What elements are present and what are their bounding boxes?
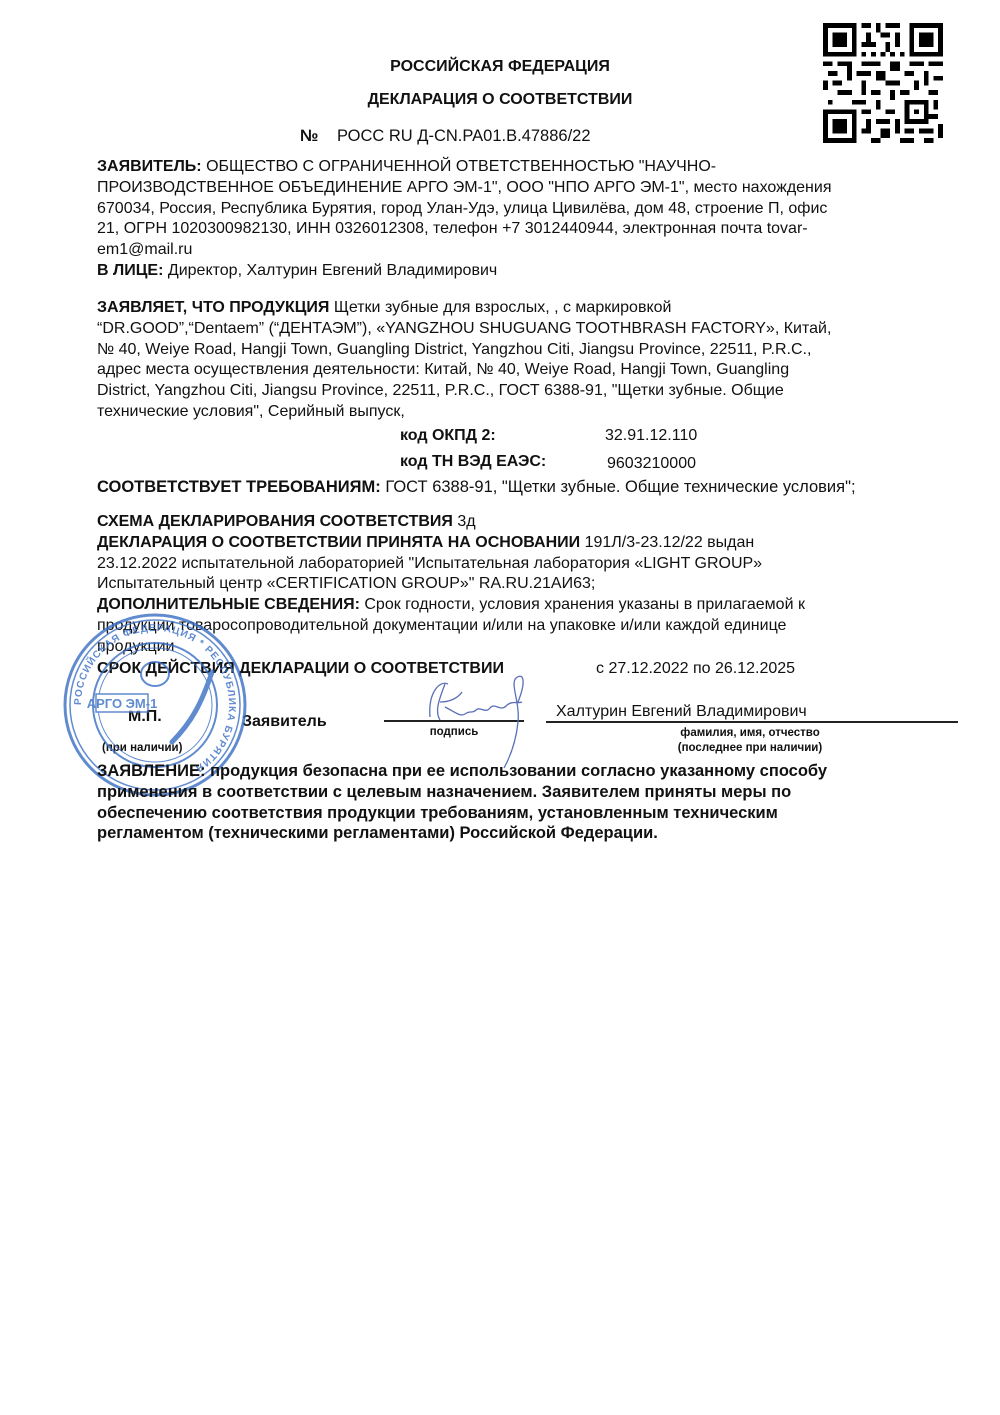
number-symbol: №	[300, 127, 318, 145]
applicant-sign-label: Заявитель	[242, 712, 327, 733]
name-caption-note: (последнее при наличии)	[600, 742, 900, 754]
statement-section: ЗАЯВЛЕНИЕ: продукция безопасна при ее ис…	[97, 761, 967, 844]
statement-line: обеспечению соответствия продукции требо…	[97, 803, 967, 824]
statement-label: ЗАЯВЛЕНИЕ:	[97, 762, 205, 780]
number-value: РОСС RU Д-CN.PA01.B.47886/22	[337, 127, 591, 145]
applicant-line: 670034, Россия, Республика Бурятия, горо…	[97, 199, 967, 220]
okpd-code-label: код ОКПД 2:	[400, 426, 496, 447]
additional-first: Срок годности, условия хранения указаны …	[364, 596, 805, 613]
conforms-label: СООТВЕТСТВУЕТ ТРЕБОВАНИЯМ:	[97, 478, 381, 496]
product-line: Щетки зубные для взрослых, , с маркировк…	[334, 299, 672, 316]
product-line: “DR.GOOD”,“Dentaem” (“ДЕНТАЭМ”), «YANGZH…	[97, 319, 967, 340]
product-line: District, Yangzhou Citi, Jiangsu Provinc…	[97, 381, 967, 402]
declaration-number: № РОСС RU Д-CN.PA01.B.47886/22	[300, 126, 591, 147]
name-caption: фамилия, имя, отчество	[600, 727, 900, 739]
tnved-code-value: 9603210000	[607, 454, 696, 475]
conforms-section: СООТВЕТСТВУЕТ ТРЕБОВАНИЯМ: ГОСТ 6388-91,…	[97, 477, 856, 498]
applicant-label: ЗАЯВИТЕЛЬ:	[97, 158, 202, 175]
statement-first: продукция безопасна при ее использовании…	[210, 762, 827, 780]
product-section: ЗАЯВЛЯЕТ, ЧТО ПРОДУКЦИЯ Щетки зубные для…	[97, 298, 967, 423]
svg-text:АРГО ЭМ-1: АРГО ЭМ-1	[87, 696, 158, 711]
product-line: № 40, Weiye Road, Hangji Town, Guangling…	[97, 340, 967, 361]
applicant-section: ЗАЯВИТЕЛЬ: ОБЩЕСТВО С ОГРАНИЧЕННОЙ ОТВЕТ…	[97, 157, 967, 282]
applicant-line: ОБЩЕСТВО С ОГРАНИЧЕННОЙ ОТВЕТСТВЕННОСТЬЮ…	[206, 158, 716, 175]
product-line: адрес места осуществления деятельности: …	[97, 360, 967, 381]
applicant-line: ПРОИЗВОДСТВЕННОЕ ОБЪЕДИНЕНИЕ АРГО ЭМ-1",…	[97, 178, 967, 199]
okpd-code-value: 32.91.12.110	[605, 426, 697, 447]
validity-value: с 27.12.2022 по 26.12.2025	[596, 659, 795, 680]
basis-first: 191Л/3-23.12/22 выдан	[585, 534, 755, 551]
basis-line: 23.12.2022 испытательной лабораторией "И…	[97, 554, 967, 575]
tnved-code-label: код ТН ВЭД ЕАЭС:	[400, 452, 546, 473]
name-line	[546, 721, 958, 723]
statement-line: применения в соответствии с целевым назн…	[97, 782, 967, 803]
conforms-value: ГОСТ 6388-91, "Щетки зубные. Общие техни…	[385, 478, 855, 496]
applicant-email: em1@mail.ru	[97, 240, 967, 261]
scheme-label: СХЕМА ДЕКЛАРИРОВАНИЯ СООТВЕТСТВИЯ	[97, 513, 453, 530]
basis-line: Испытательный центр «CERTIFICATION GROUP…	[97, 574, 967, 595]
qr-code-icon	[823, 23, 943, 143]
signer-name: Халтурин Евгений Владимирович	[556, 702, 807, 723]
represented-by-value: Директор, Халтурин Евгений Владимирович	[168, 262, 497, 279]
represented-by-label: В ЛИЦЕ:	[97, 262, 163, 279]
product-label: ЗАЯВЛЯЕТ, ЧТО ПРОДУКЦИЯ	[97, 299, 329, 316]
additional-label: ДОПОЛНИТЕЛЬНЫЕ СВЕДЕНИЯ:	[97, 596, 360, 613]
signature-icon	[400, 672, 550, 772]
statement-line: регламентом (техническими регламентами) …	[97, 823, 967, 844]
scheme-value: 3д	[457, 513, 475, 530]
product-line: технические условия", Серийный выпуск,	[97, 402, 967, 423]
basis-label: ДЕКЛАРАЦИЯ О СООТВЕТСТВИИ ПРИНЯТА НА ОСН…	[97, 534, 580, 551]
applicant-line: 21, ОГРН 1020300982130, ИНН 0326012308, …	[97, 219, 967, 240]
